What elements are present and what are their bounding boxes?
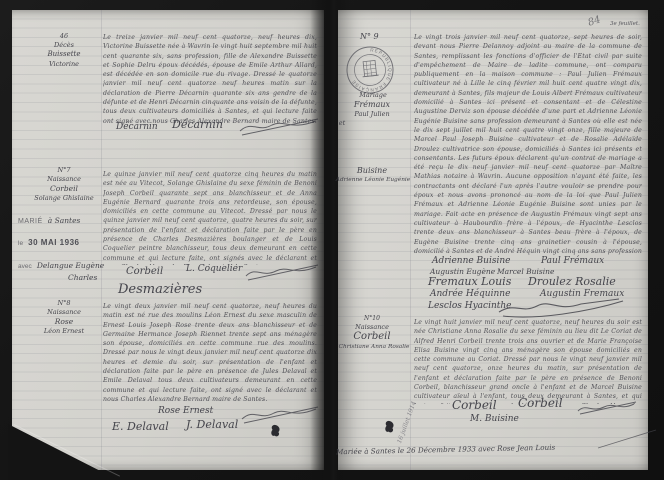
act9-body-text: Le vingt trois janvier mil neuf cent qua… bbox=[414, 33, 642, 255]
act46-type-label: Décès bbox=[28, 41, 100, 49]
act10-surname: Corbeil bbox=[340, 331, 404, 342]
act46-signature-2: Décarnin bbox=[172, 118, 223, 131]
ink-blot-icon bbox=[270, 424, 282, 438]
act10-number: N°10 bbox=[352, 315, 392, 322]
stamp-script-place: à Santes bbox=[48, 216, 81, 225]
act9-bride-surname: Buisine bbox=[344, 166, 400, 175]
trailing-stroke-flourish-icon bbox=[596, 428, 658, 450]
stamp-printed-avec: avec bbox=[18, 263, 32, 270]
act46-number: 46 bbox=[28, 32, 100, 40]
act9-groom-surname: Frémaux bbox=[344, 100, 400, 109]
act46-firstname: Victorine bbox=[28, 60, 100, 68]
act9-signature-mother: Droulez Rosalie bbox=[528, 275, 616, 288]
date-stamp: 30 MAI 1936 bbox=[28, 238, 79, 247]
act9-et-label: et bbox=[332, 119, 352, 127]
act7-signature-2: L. Coquelier bbox=[186, 264, 242, 274]
stamp-printed-le: le bbox=[18, 240, 23, 247]
mayor-paraphe-flourish-icon bbox=[244, 262, 320, 284]
act9-signature-father: Fremaux Louis bbox=[428, 275, 511, 288]
act10-signature-1: Corbeil bbox=[452, 398, 497, 412]
mayor-paraphe-flourish-icon bbox=[238, 116, 320, 140]
act7-signature-3: Desmazières bbox=[118, 282, 202, 297]
act9-number: N° 9 bbox=[360, 32, 379, 41]
act8-surname: Rose bbox=[28, 317, 100, 326]
registry-scan: 46 Décès Buissette Victorine Le treize j… bbox=[0, 0, 664, 480]
act7-body-text: Le quinze janvier mil neuf cent quatorze… bbox=[103, 170, 317, 265]
ink-blot-icon bbox=[384, 420, 396, 434]
act9-signature-groom: Paul Frémaux bbox=[541, 256, 604, 266]
stamp-script-spouse: Delangue Eugène bbox=[37, 261, 104, 270]
deputy-mayor-paraphe-flourish-icon bbox=[497, 294, 627, 320]
act10-signature-3: M. Buisine bbox=[470, 414, 519, 424]
act46-body-text: Le treize janvier mil neuf cent quatorze… bbox=[103, 33, 317, 128]
act46-surname: Buissette bbox=[28, 50, 100, 58]
act8-signature-2: E. Delaval bbox=[112, 420, 169, 433]
act7-signature-1: Corbeil bbox=[126, 266, 163, 277]
act8-signature-3: J. Delaval bbox=[186, 418, 238, 431]
act10-type-label: Naissance bbox=[344, 323, 400, 331]
act8-body-text: Le vingt deux janvier mil neuf cent quat… bbox=[103, 302, 317, 402]
act46-signature-1: Décarnin bbox=[116, 122, 158, 132]
act9-bride-firstname: Adrienne Léonie Eugénie bbox=[331, 177, 415, 183]
act10-signature-2: Corbeil bbox=[518, 396, 563, 410]
act9-type-label: Mariage bbox=[348, 91, 398, 99]
folio-printed-label: 3e feuillet. bbox=[610, 21, 640, 27]
act7-number: N°7 bbox=[28, 166, 100, 174]
act8-number: N°8 bbox=[28, 299, 100, 307]
act10-body-text: Le vingt huit janvier mil neuf cent quat… bbox=[414, 318, 642, 404]
act8-type-label: Naissance bbox=[28, 308, 100, 316]
stamp-printed-word: MARIÉ bbox=[18, 218, 43, 225]
act10-firstname: Christiane Anna Rosalie bbox=[330, 344, 418, 350]
fiscal-seal-stamp-icon: RÉPUBLIQUE FRANÇAISE bbox=[343, 43, 398, 98]
act7-surname: Corbeil bbox=[28, 184, 100, 193]
act8-signature-1: Rose Ernest bbox=[158, 406, 213, 416]
act9-groom-firstname: Paul Julien bbox=[342, 110, 402, 118]
act8-firstname: Léon Ernest bbox=[28, 327, 100, 335]
act7-type-label: Naissance bbox=[28, 175, 100, 183]
act7-firstname: Solange Ghislaine bbox=[18, 194, 110, 202]
act9-signature-bride: Adrienne Buisine bbox=[432, 256, 510, 266]
mayor-paraphe-flourish-icon bbox=[576, 400, 638, 418]
